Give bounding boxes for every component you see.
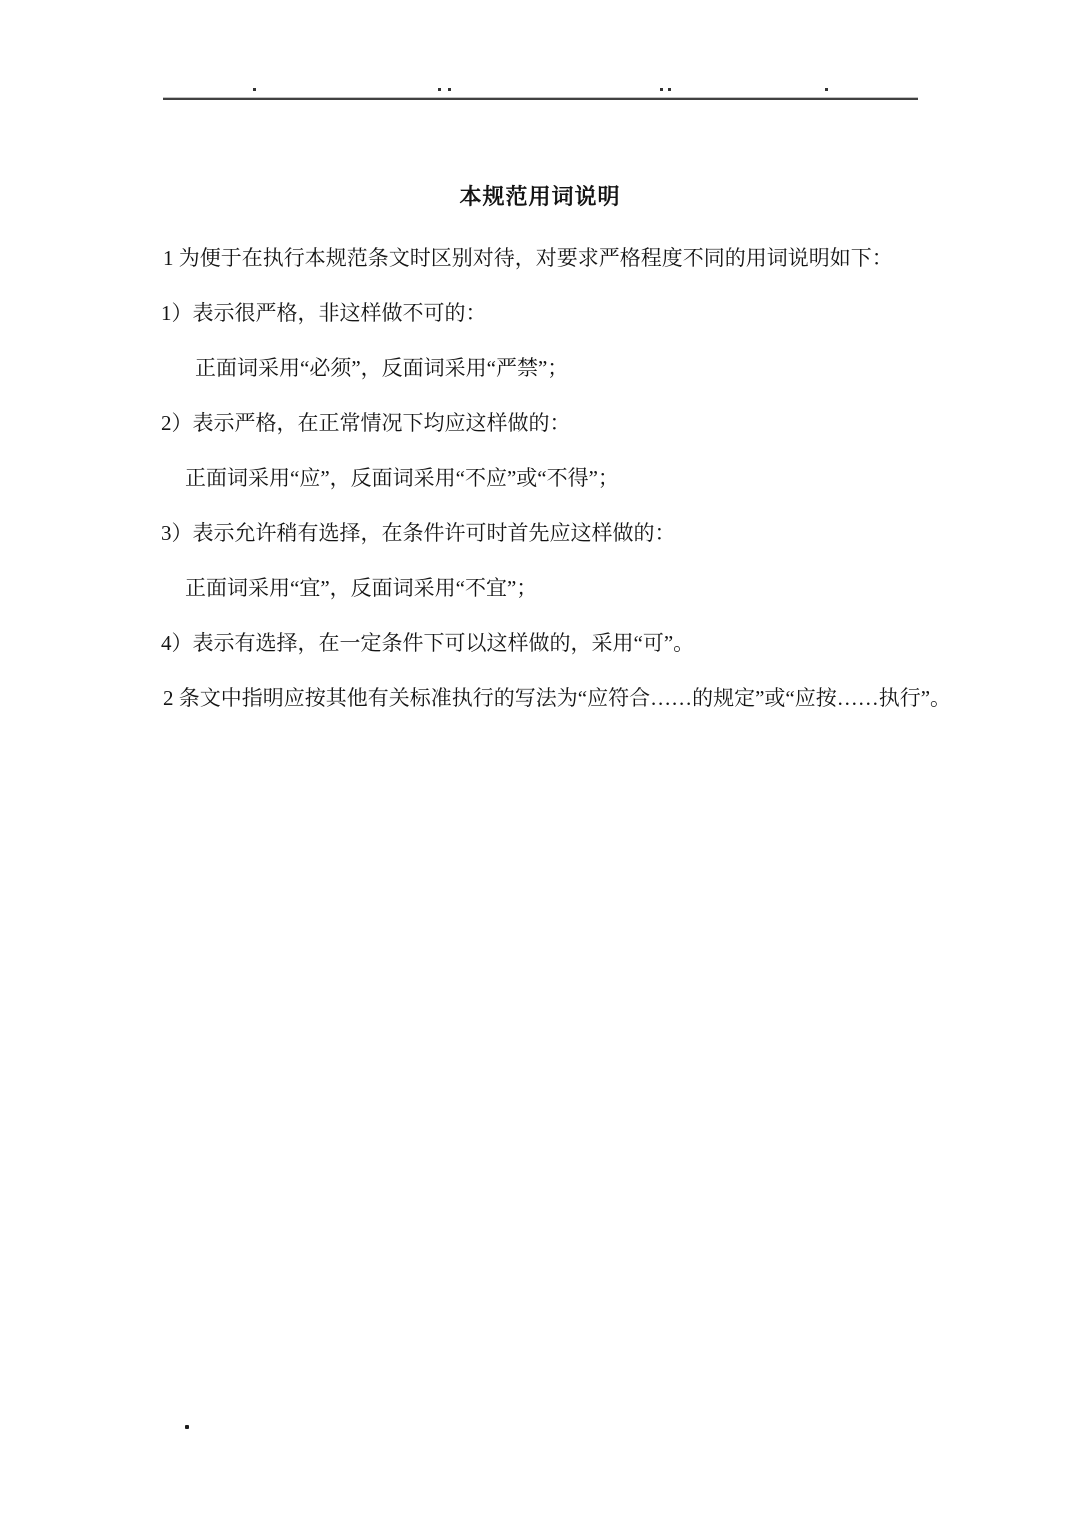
document-body: 1 为便于在执行本规范条文时区别对待，对要求严格程度不同的用词说明如下： 1）表… — [0, 231, 1080, 726]
page-title: 本规范用词说明 — [0, 185, 1080, 209]
subclause-3-terms: 正面词采用“宜”，反面词采用“不宜”； — [0, 561, 1080, 616]
header-rule — [163, 97, 918, 100]
header-artifact-dot — [668, 88, 671, 91]
subclause-2-terms: 正面词采用“应”，反面词采用“不应”或“不得”； — [0, 451, 1080, 506]
header-artifact-dot — [448, 88, 451, 91]
header-artifact-dot — [660, 88, 663, 91]
header-artifact-dot — [438, 88, 441, 91]
footer-artifact-dot — [185, 1425, 189, 1429]
subclause-2: 2）表示严格，在正常情况下均应这样做的： — [0, 396, 1080, 451]
clause-1: 1 为便于在执行本规范条文时区别对待，对要求严格程度不同的用词说明如下： — [0, 231, 1080, 286]
subclause-1: 1）表示很严格，非这样做不可的： — [0, 286, 1080, 341]
document-page: 本规范用词说明 1 为便于在执行本规范条文时区别对待，对要求严格程度不同的用词说… — [0, 0, 1080, 1528]
clause-2: 2 条文中指明应按其他有关标准执行的写法为“应符合……的规定”或“应按……执行”… — [0, 671, 1080, 726]
subclause-3: 3）表示允许稍有选择，在条件许可时首先应这样做的： — [0, 506, 1080, 561]
header-artifact-dot — [825, 88, 828, 91]
subclause-1-terms: 正面词采用“必须”，反面词采用“严禁”； — [0, 341, 1080, 396]
header-artifact-dot — [253, 88, 256, 91]
subclause-4: 4）表示有选择，在一定条件下可以这样做的，采用“可”。 — [0, 616, 1080, 671]
